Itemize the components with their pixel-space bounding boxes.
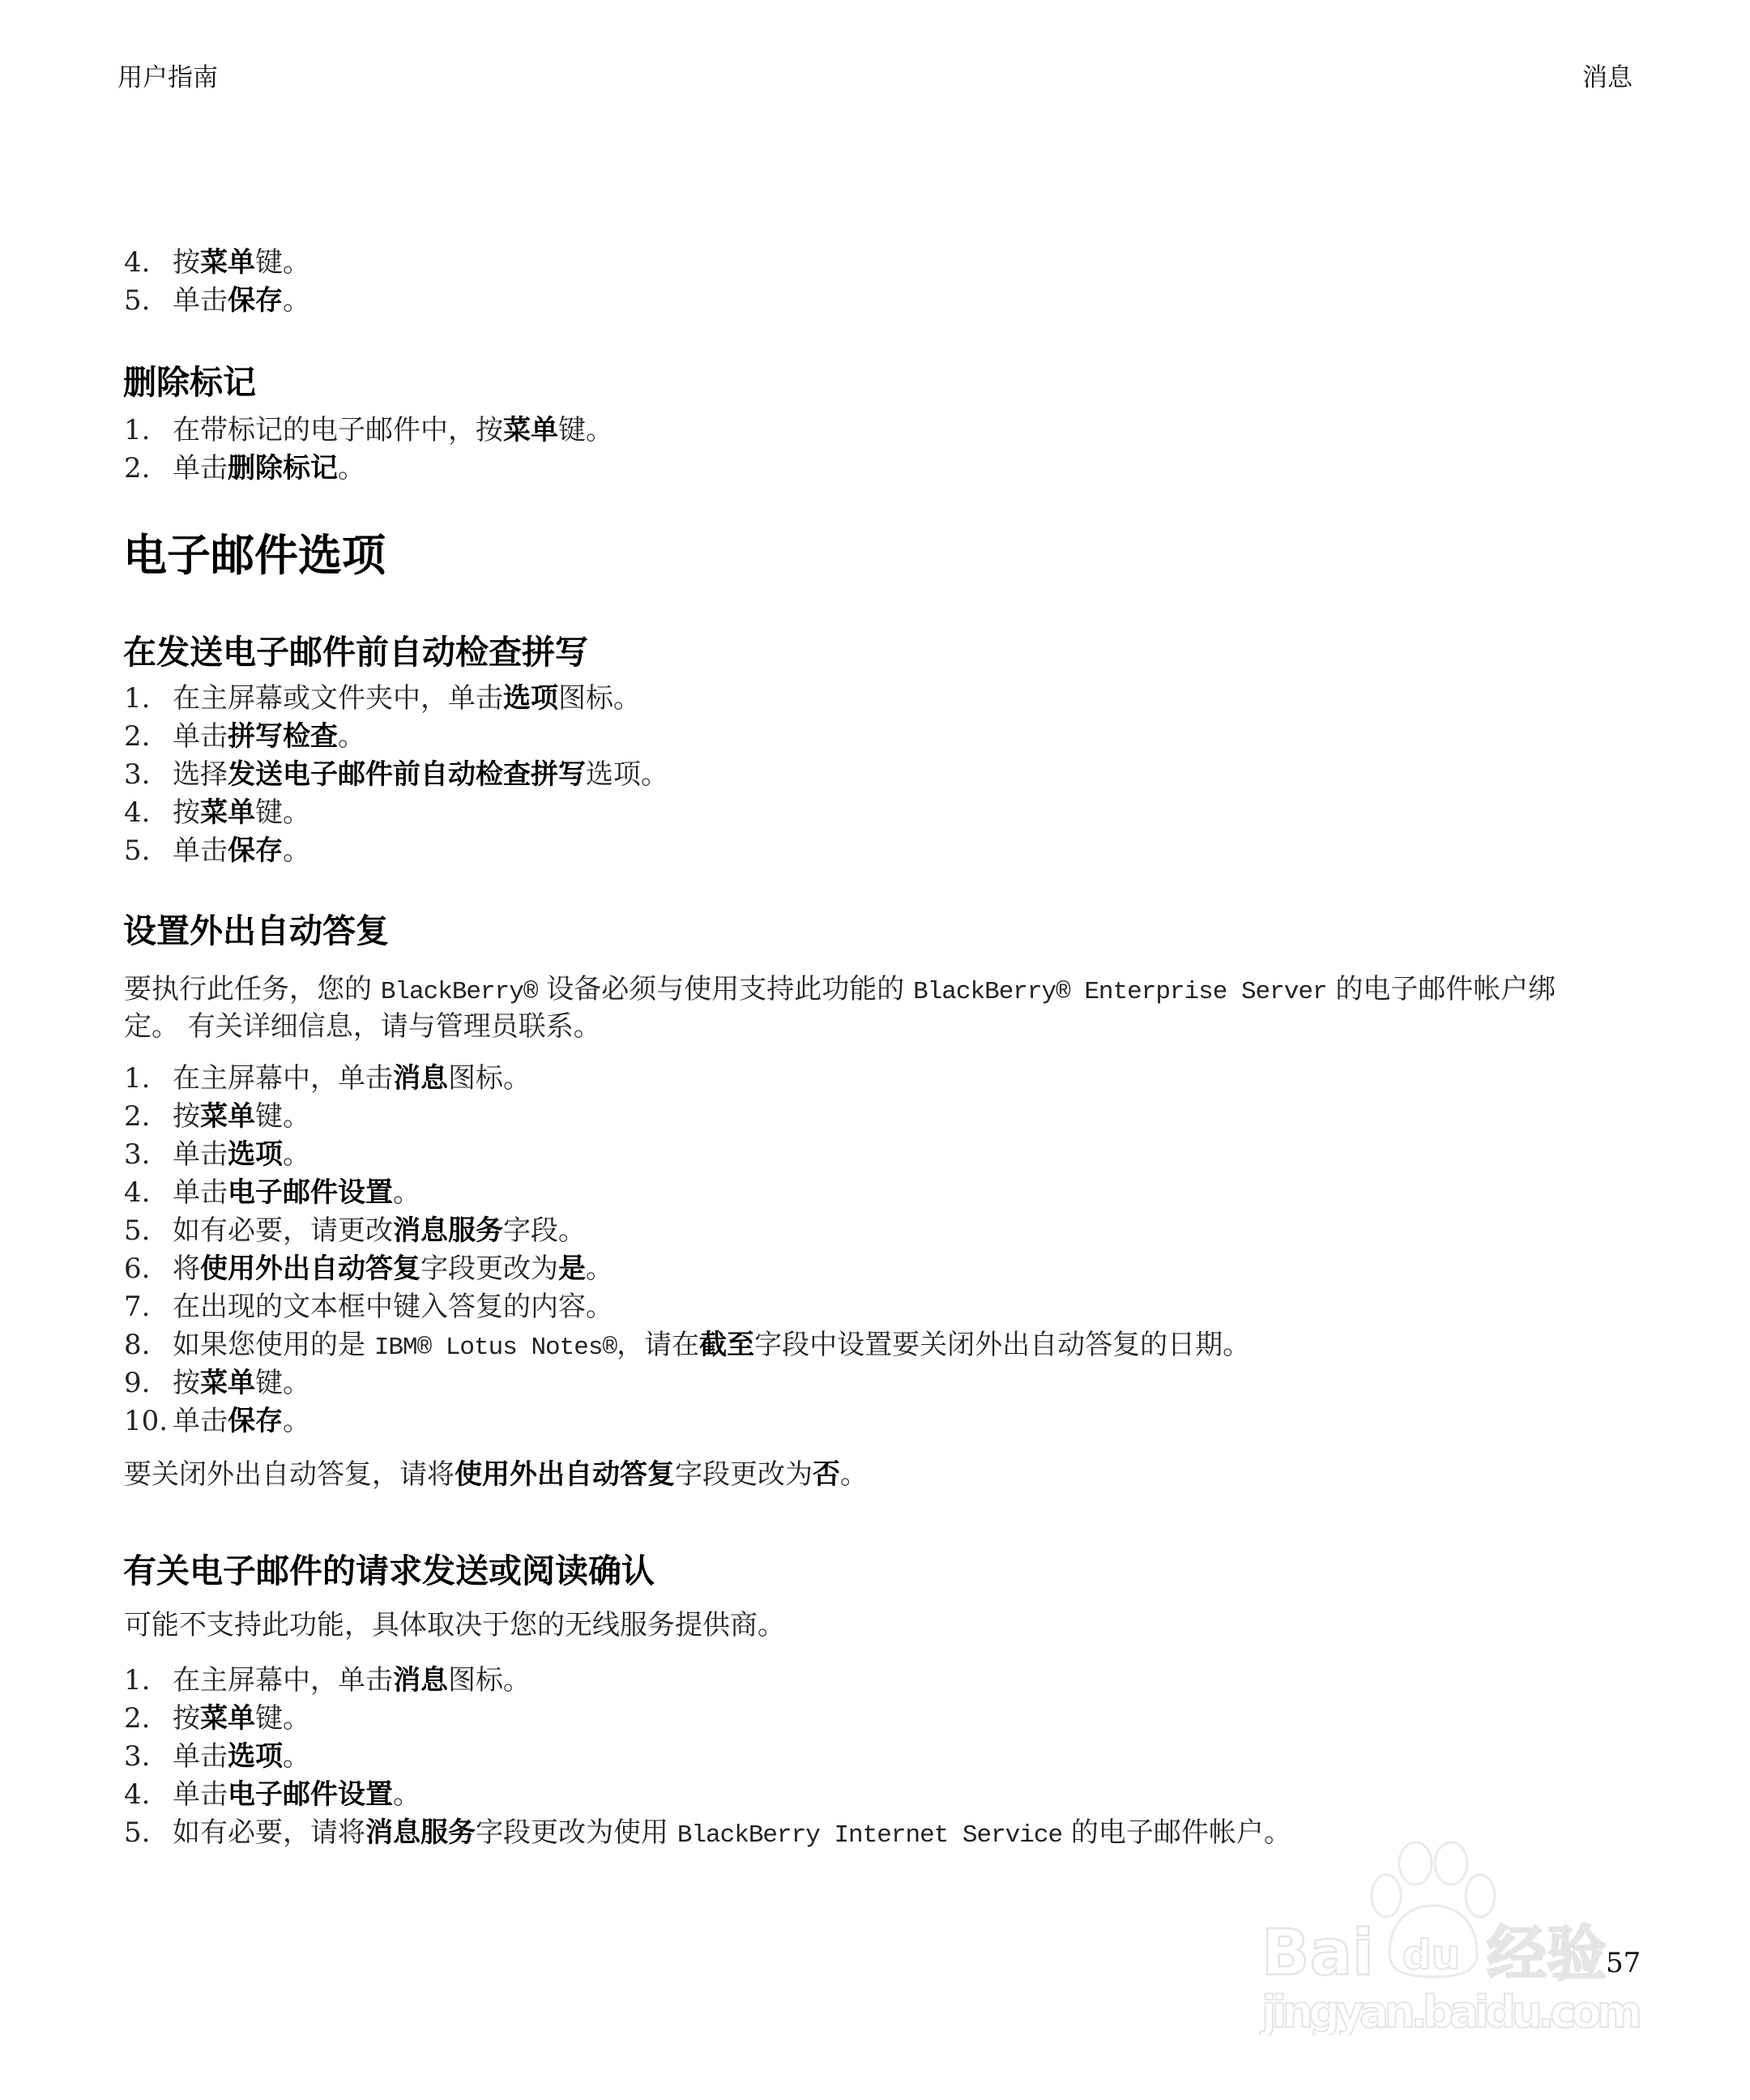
list-item-number: 1. xyxy=(124,1060,173,1098)
list-item-number: 4. xyxy=(124,244,173,282)
list-item-number: 1. xyxy=(124,1662,173,1700)
ui-term-bold: 菜单 xyxy=(200,1702,255,1735)
ui-term-bold: 拼写检查 xyxy=(228,720,338,753)
text-run: 单击 xyxy=(173,1138,228,1171)
list-item-number: 3. xyxy=(124,1738,173,1776)
list-item: 2.按菜单键。 xyxy=(124,1098,310,1136)
text-run: 可能不支持此功能，具体取决于您的无线服务提供商。 xyxy=(124,1609,785,1641)
list-item: 1.在带标记的电子邮件中，按菜单键。 xyxy=(124,412,613,450)
baidu-jingyan-watermark: Bai du 经验 jingyan.baidu.com xyxy=(1244,1841,1649,2035)
svg-text:du: du xyxy=(1402,1931,1460,1978)
text-run: 要执行此任务，您的 xyxy=(124,973,381,1005)
text-run: 。 xyxy=(283,1138,310,1171)
text-run: 字段。 xyxy=(503,1214,586,1247)
text-run: 字段更改为 xyxy=(675,1458,813,1491)
list-item: 4.单击电子邮件设置。 xyxy=(124,1776,420,1814)
text-run: 在带标记的电子邮件中，按 xyxy=(173,414,503,446)
text-run: 键。 xyxy=(255,796,310,829)
product-name: BlackBerry® Enterprise Server xyxy=(913,978,1327,1006)
list-item: 1.在主屏幕中，单击消息图标。 xyxy=(124,1060,531,1098)
text-run: 键。 xyxy=(255,246,310,279)
text-run: 的电子邮件帐户绑 xyxy=(1327,973,1556,1005)
ui-term-bold: 消息 xyxy=(393,1062,448,1095)
list-item: 4.单击电子邮件设置。 xyxy=(124,1174,420,1212)
list-item-number: 2. xyxy=(124,1098,173,1136)
text-run: 选择 xyxy=(173,758,228,791)
list-item: 1.在主屏幕或文件夹中，单击选项图标。 xyxy=(124,680,641,718)
text-run: 单击 xyxy=(173,1740,228,1773)
text-run: 键。 xyxy=(558,414,613,446)
list-item: 3.选择发送电子邮件前自动检查拼写选项。 xyxy=(124,756,668,794)
ui-term-bold: 使用外出自动答复 xyxy=(200,1253,420,1285)
product-name: BlackBerry® xyxy=(381,978,538,1006)
list-item: 5.单击保存。 xyxy=(124,282,310,320)
text-run: 将 xyxy=(173,1253,200,1285)
text-run: 字段中设置要关闭外出自动答复的日期。 xyxy=(754,1329,1250,1361)
text-run: 。 xyxy=(586,1253,613,1285)
list-item: 2.单击删除标记。 xyxy=(124,450,365,488)
section-title: 电子邮件选项 xyxy=(123,531,386,580)
text-run: ，请在 xyxy=(617,1329,699,1361)
list-item: 3.单击选项。 xyxy=(124,1738,310,1776)
page-number: 57 xyxy=(1606,1947,1641,1979)
ui-term-bold: 菜单 xyxy=(200,796,255,829)
ui-term-bold: 选项 xyxy=(228,1740,283,1773)
text-run: 。 xyxy=(338,720,365,753)
paragraph-line: 可能不支持此功能，具体取决于您的无线服务提供商。 xyxy=(124,1607,785,1645)
text-run: 键。 xyxy=(255,1100,310,1133)
text-run: 在主屏幕中，单击 xyxy=(173,1062,393,1095)
list-item-number: 8. xyxy=(124,1326,173,1364)
running-header-title: 用户指南 xyxy=(117,62,218,94)
paragraph-line: 定。 有关详细信息，请与管理员联系。 xyxy=(124,1008,601,1046)
svg-text:jingyan.baidu.com: jingyan.baidu.com xyxy=(1260,1987,1642,2035)
subsection-title: 有关电子邮件的请求发送或阅读确认 xyxy=(123,1552,655,1590)
text-run: 如有必要，请将 xyxy=(173,1816,365,1849)
text-run: 按 xyxy=(173,1100,200,1133)
ui-term-bold: 保存 xyxy=(228,1405,283,1437)
text-run: 。 xyxy=(840,1458,868,1491)
list-item: 3.单击选项。 xyxy=(124,1136,310,1174)
running-header-section: 消息 xyxy=(1582,62,1633,94)
text-run: 字段更改为使用 xyxy=(476,1816,677,1849)
text-run: 单击 xyxy=(173,1778,228,1811)
list-item-number: 2. xyxy=(124,450,173,488)
list-item-number: 9. xyxy=(124,1364,173,1402)
text-run: 键。 xyxy=(255,1702,310,1735)
list-item: 5.单击保存。 xyxy=(124,832,310,870)
ui-term-bold: 消息服务 xyxy=(365,1816,476,1849)
ui-term-bold: 截至 xyxy=(699,1329,754,1361)
svg-text:经验: 经验 xyxy=(1487,1919,1607,1989)
text-run: 。 xyxy=(338,452,365,484)
paragraph-line: 要关闭外出自动答复，请将使用外出自动答复字段更改为否。 xyxy=(124,1456,868,1494)
ui-term-bold: 是 xyxy=(558,1253,586,1285)
ui-term-bold: 删除标记 xyxy=(228,452,338,484)
list-item-number: 7. xyxy=(124,1288,173,1326)
ui-term-bold: 电子邮件设置 xyxy=(228,1778,393,1811)
list-item-number: 10. xyxy=(124,1402,173,1441)
text-run: 设备必须与使用支持此功能的 xyxy=(537,973,913,1005)
ui-term-bold: 消息服务 xyxy=(393,1214,503,1247)
list-item-number: 5. xyxy=(124,832,173,870)
list-item: 6.将使用外出自动答复字段更改为是。 xyxy=(124,1250,613,1288)
list-item-number: 1. xyxy=(124,412,173,450)
list-item: 4.按菜单键。 xyxy=(124,794,310,832)
list-item: 4.按菜单键。 xyxy=(124,244,310,282)
text-run: 。 xyxy=(393,1778,420,1811)
list-item-number: 4. xyxy=(124,794,173,832)
subsection-title: 设置外出自动答复 xyxy=(123,911,389,950)
subsection-title: 删除标记 xyxy=(123,363,256,402)
text-run: 。 xyxy=(283,1740,310,1773)
list-item-number: 1. xyxy=(124,680,173,718)
product-name: IBM® Lotus Notes® xyxy=(374,1334,617,1362)
ui-term-bold: 菜单 xyxy=(200,1367,255,1399)
ui-term-bold: 选项 xyxy=(503,682,558,715)
text-run: 如有必要，请更改 xyxy=(173,1214,393,1247)
text-run: 单击 xyxy=(173,1405,228,1437)
text-run: 单击 xyxy=(173,284,228,317)
text-run: 按 xyxy=(173,246,200,279)
text-run: 如果您使用的是 xyxy=(173,1329,374,1361)
text-run: 的电子邮件帐户。 xyxy=(1062,1816,1291,1849)
list-item: 7.在出现的文本框中键入答复的内容。 xyxy=(124,1288,613,1326)
ui-term-bold: 否 xyxy=(813,1458,840,1491)
list-item: 1.在主屏幕中，单击消息图标。 xyxy=(124,1662,531,1700)
ui-term-bold: 菜单 xyxy=(200,1100,255,1133)
ui-term-bold: 发送电子邮件前自动检查拼写 xyxy=(228,758,586,791)
svg-text:Bai: Bai xyxy=(1261,1917,1374,1990)
text-run: 单击 xyxy=(173,452,228,484)
ui-term-bold: 保存 xyxy=(228,284,283,317)
text-run: 在出现的文本框中键入答复的内容。 xyxy=(173,1291,613,1323)
ui-term-bold: 选项 xyxy=(228,1138,283,1171)
paragraph-line: 要执行此任务，您的 BlackBerry® 设备必须与使用支持此功能的 Blac… xyxy=(124,971,1556,1011)
paw-icon: Bai du 经验 jingyan.baidu.com xyxy=(1244,1841,1649,2035)
text-run: 图标。 xyxy=(448,1664,531,1697)
text-run: 按 xyxy=(173,1367,200,1399)
text-run: 。 xyxy=(393,1176,420,1209)
list-item: 2.单击拼写检查。 xyxy=(124,718,365,756)
subsection-title: 在发送电子邮件前自动检查拼写 xyxy=(123,633,588,672)
text-run: 键。 xyxy=(255,1367,310,1399)
product-name: BlackBerry Internet Service xyxy=(677,1821,1062,1850)
text-run: 字段更改为 xyxy=(420,1253,558,1285)
list-item-number: 3. xyxy=(124,1136,173,1174)
text-run: 按 xyxy=(173,796,200,829)
list-item-number: 4. xyxy=(124,1174,173,1212)
list-item: 5.如有必要，请将消息服务字段更改为使用 BlackBerry Internet… xyxy=(124,1814,1291,1855)
list-item-number: 6. xyxy=(124,1250,173,1288)
list-item-number: 5. xyxy=(124,282,173,320)
text-run: 按 xyxy=(173,1702,200,1735)
text-run: 在主屏幕中，单击 xyxy=(173,1664,393,1697)
list-item-number: 3. xyxy=(124,756,173,794)
ui-term-bold: 电子邮件设置 xyxy=(228,1176,393,1209)
list-item-number: 2. xyxy=(124,718,173,756)
text-run: 单击 xyxy=(173,834,228,867)
list-item: 5.如有必要，请更改消息服务字段。 xyxy=(124,1212,586,1250)
list-item: 10.单击保存。 xyxy=(124,1402,310,1441)
text-run: 在主屏幕或文件夹中，单击 xyxy=(173,682,503,715)
list-item-number: 5. xyxy=(124,1212,173,1250)
text-run: 定。 有关详细信息，请与管理员联系。 xyxy=(124,1010,601,1043)
text-run: 。 xyxy=(283,1405,310,1437)
ui-term-bold: 保存 xyxy=(228,834,283,867)
text-run: 图标。 xyxy=(558,682,641,715)
list-item-number: 4. xyxy=(124,1776,173,1814)
ui-term-bold: 使用外出自动答复 xyxy=(455,1458,675,1491)
ui-term-bold: 菜单 xyxy=(503,414,558,446)
text-run: 选项。 xyxy=(586,758,668,791)
list-item: 2.按菜单键。 xyxy=(124,1700,310,1738)
list-item-number: 2. xyxy=(124,1700,173,1738)
list-item-number: 5. xyxy=(124,1814,173,1852)
ui-term-bold: 菜单 xyxy=(200,246,255,279)
text-run: 要关闭外出自动答复，请将 xyxy=(124,1458,455,1491)
ui-term-bold: 消息 xyxy=(393,1664,448,1697)
text-run: 。 xyxy=(283,834,310,867)
text-run: 图标。 xyxy=(448,1062,531,1095)
list-item: 8.如果您使用的是 IBM® Lotus Notes®，请在截至字段中设置要关闭… xyxy=(124,1326,1250,1367)
text-run: 单击 xyxy=(173,720,228,753)
text-run: 单击 xyxy=(173,1176,228,1209)
list-item: 9.按菜单键。 xyxy=(124,1364,310,1402)
text-run: 。 xyxy=(283,284,310,317)
